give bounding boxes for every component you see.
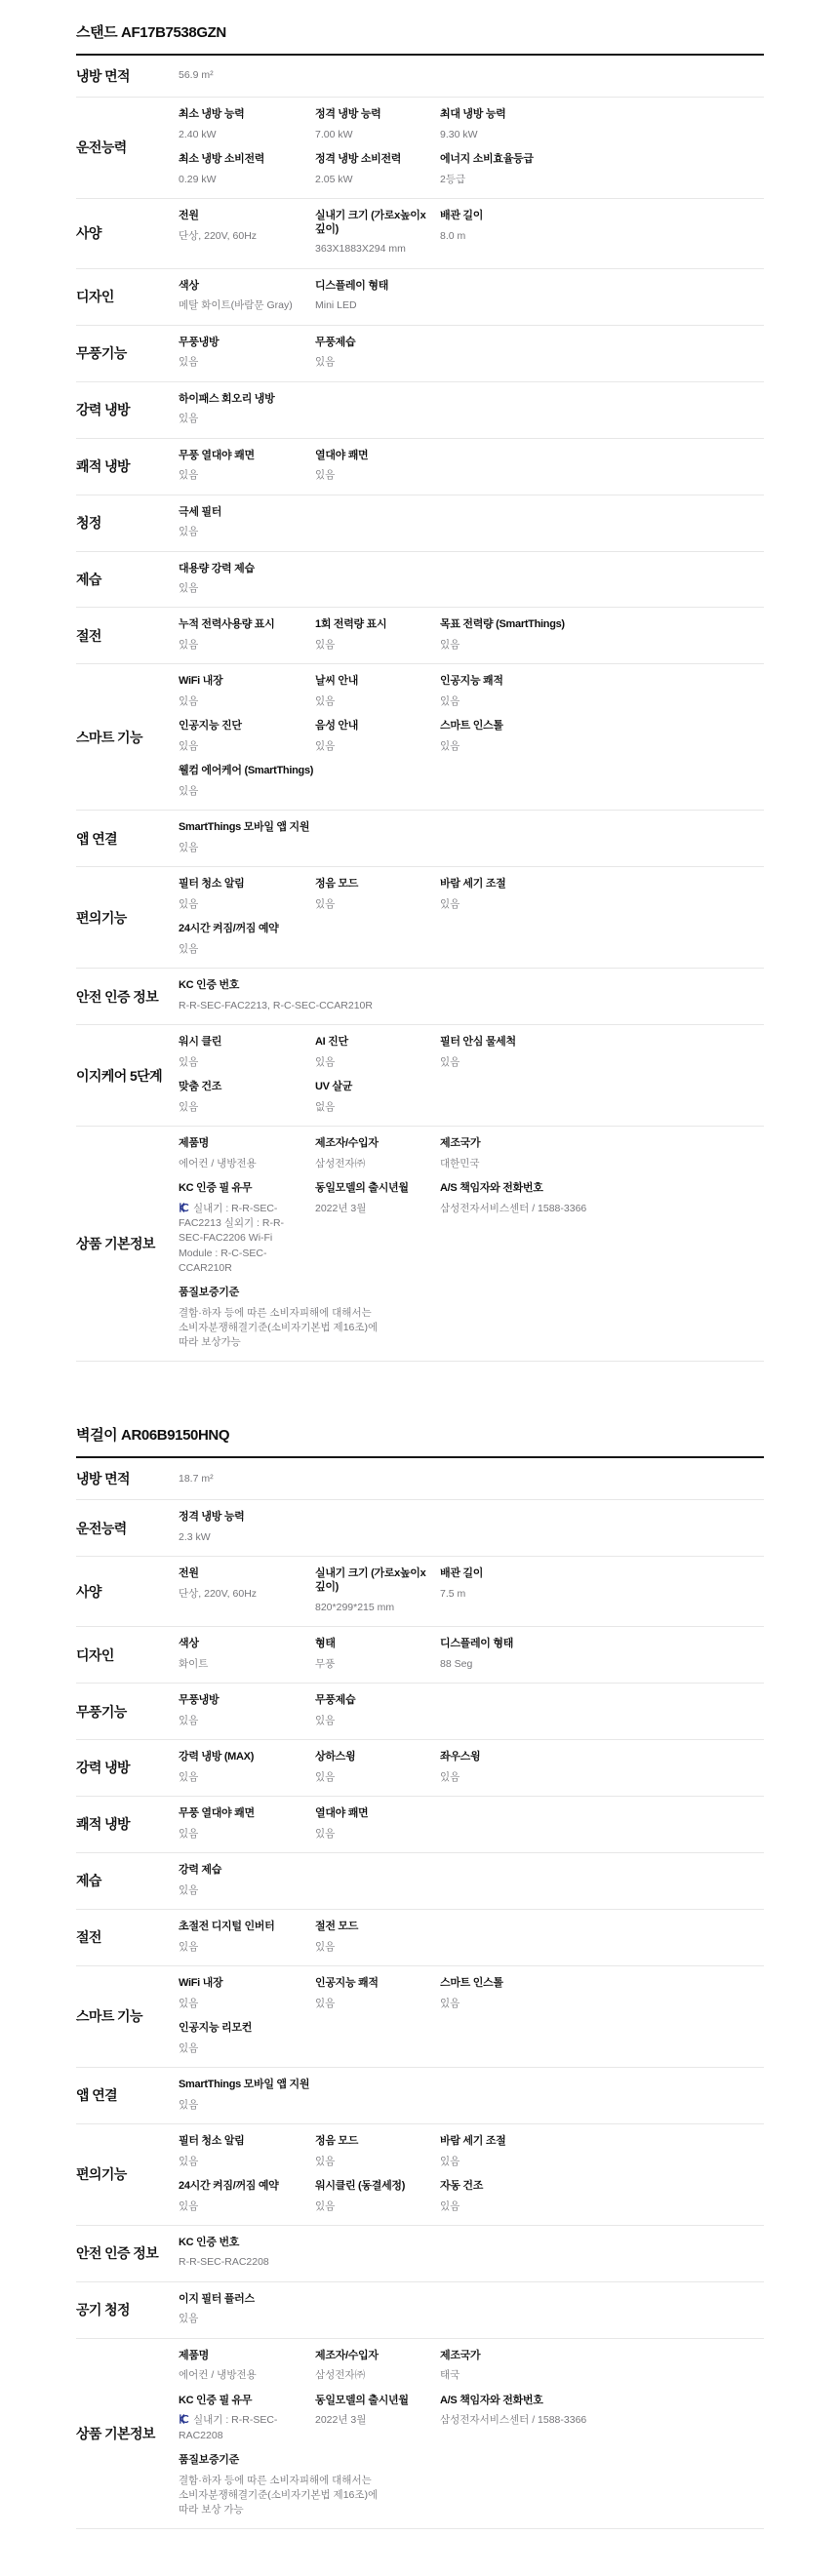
spec-item-value-text: 에어컨 / 냉방전용 bbox=[179, 1158, 257, 1169]
spec-item: SmartThings 모바일 앱 지원있음 bbox=[179, 2079, 764, 2113]
spec-item-value: 있음 bbox=[179, 355, 301, 370]
spec-item-name: 누적 전력사용량 표시 bbox=[179, 618, 301, 632]
spec-item-name: 실내기 크기 (가로x높이x깊이) bbox=[315, 1567, 426, 1595]
spec-section-label: 디자인 bbox=[76, 287, 179, 306]
spec-section-label: 사양 bbox=[76, 1582, 179, 1602]
spec-section-label: 운전능력 bbox=[76, 1519, 179, 1538]
spec-section: 스마트 기능WiFi 내장있음날씨 안내있음인공지능 쾌적있음인공지능 진단있음… bbox=[76, 664, 764, 811]
spec-item-name: 인공지능 진단 bbox=[179, 720, 301, 733]
spec-section-label: 편의기능 bbox=[76, 2164, 179, 2184]
spec-item: 정격 냉방 능력7.00 kW bbox=[315, 108, 440, 142]
spec-section-label: 제습 bbox=[76, 570, 179, 589]
spec-item-value-text: 있음 bbox=[315, 639, 335, 651]
spec-section-body: 색상화이트형태무풍디스플레이 형태88 Seg bbox=[179, 1638, 764, 1672]
spec-item-name: 디스플레이 형태 bbox=[440, 1638, 750, 1651]
spec-item-name: 품질보증기준 bbox=[179, 2454, 750, 2468]
spec-item-value: 결함·하자 등에 따른 소비자피해에 대해서는 소비자분쟁해결기준(소비자기본법… bbox=[179, 1306, 383, 1351]
spec-item-value-text: 2등급 bbox=[440, 174, 465, 185]
spec-item-value: 있음 bbox=[315, 2155, 426, 2169]
spec-row: KC 인증 번호R-R-SEC-FAC2213, R-C-SEC-CCAR210… bbox=[179, 979, 764, 1013]
spec-item-value: 무풍 bbox=[315, 1657, 426, 1672]
spec-item-value-text: 있음 bbox=[440, 1998, 459, 2009]
spec-item-name: SmartThings 모바일 앱 지원 bbox=[179, 2079, 750, 2092]
spec-section: 상품 기본정보제품명에어컨 / 냉방전용제조자/수입자삼성전자㈜제조국가태국KC… bbox=[76, 2339, 764, 2530]
spec-item-value: 있음 bbox=[315, 1770, 426, 1785]
spec-item-name: 극세 필터 bbox=[179, 506, 750, 520]
spec-item: KC 인증 번호R-R-SEC-FAC2213, R-C-SEC-CCAR210… bbox=[179, 979, 764, 1013]
spec-section: 사양전원단상, 220V, 60Hz실내기 크기 (가로x높이x깊이)363X1… bbox=[76, 199, 764, 269]
spec-item-value-text: 있음 bbox=[179, 356, 198, 368]
spec-item-value: 실내기 : R-R-SEC-FAC2213 실외기 : R-R-SEC-FAC2… bbox=[179, 1202, 301, 1276]
spec-item-name: A/S 책임자와 전화번호 bbox=[440, 1182, 750, 1196]
spec-item-value: 있음 bbox=[315, 638, 426, 653]
spec-item-name: AI 진단 bbox=[315, 1036, 426, 1050]
spec-section: 앱 연결SmartThings 모바일 앱 지원있음 bbox=[76, 811, 764, 867]
spec-item-value-text: 있음 bbox=[179, 2156, 198, 2167]
spec-section: 제습강력 제습있음 bbox=[76, 1853, 764, 1910]
spec-row: 품질보증기준결함·하자 등에 따른 소비자피해에 대해서는 소비자분쟁해결기준(… bbox=[179, 1287, 764, 1350]
product-spec-table: 벽걸이 AR06B9150HNQ냉방 면적18.7 m²운전능력정격 냉방 능력… bbox=[76, 1418, 764, 2529]
spec-item-value: 있음 bbox=[179, 412, 383, 426]
spec-item-value-text: 있음 bbox=[179, 943, 198, 955]
spec-item: 무풍 열대야 쾌면있음 bbox=[179, 450, 315, 484]
spec-item-name: 디스플레이 형태 bbox=[315, 280, 426, 294]
spec-section-body: 무풍 열대야 쾌면있음열대야 쾌면있음 bbox=[179, 1807, 764, 1842]
spec-item-name: A/S 책임자와 전화번호 bbox=[440, 2395, 750, 2408]
spec-row: KC 인증 필 유무실내기 : R-R-SEC-FAC2213 실외기 : R-… bbox=[179, 1182, 764, 1276]
spec-section-body: KC 인증 번호R-R-SEC-FAC2213, R-C-SEC-CCAR210… bbox=[179, 979, 764, 1013]
spec-item-value: 있음 bbox=[440, 897, 750, 912]
spec-item-name: 맞춤 건조 bbox=[179, 1081, 301, 1094]
spec-item-value: 363X1883X294 mm bbox=[315, 242, 426, 257]
spec-item-value: R-R-SEC-RAC2208 bbox=[179, 2255, 383, 2270]
spec-item-value: 있음 bbox=[315, 1827, 426, 1842]
spec-item-value: 18.7 m² bbox=[179, 1472, 383, 1486]
spec-item: 색상화이트 bbox=[179, 1638, 315, 1672]
spec-row: 필터 청소 알림있음정음 모드있음바람 세기 조절있음 bbox=[179, 878, 764, 912]
spec-section-label: 운전능력 bbox=[76, 138, 179, 157]
spec-item-value: 있음 bbox=[179, 638, 301, 653]
spec-item-name: 목표 전력량 (SmartThings) bbox=[440, 618, 750, 632]
spec-item: 동일모델의 출시년월2022년 3월 bbox=[315, 1182, 440, 1276]
spec-item: 열대야 쾌면있음 bbox=[315, 450, 440, 484]
spec-section: 앱 연결SmartThings 모바일 앱 지원있음 bbox=[76, 2068, 764, 2124]
spec-section-body: 무풍냉방있음무풍제습있음 bbox=[179, 1694, 764, 1728]
spec-section-label: 앱 연결 bbox=[76, 829, 179, 849]
spec-item-value: 있음 bbox=[179, 1997, 301, 2011]
spec-item-value-text: 있음 bbox=[179, 1941, 198, 1953]
spec-section-body: 대용량 강력 제습있음 bbox=[179, 563, 764, 597]
spec-row: 웰컴 에어케어 (SmartThings)있음 bbox=[179, 765, 764, 799]
spec-item-name: WiFi 내장 bbox=[179, 675, 301, 689]
spec-section: 강력 냉방강력 냉방 (MAX)있음상하스윙있음좌우스윙있음 bbox=[76, 1740, 764, 1797]
spec-item-name: 최대 냉방 능력 bbox=[440, 108, 750, 122]
spec-row: 전원단상, 220V, 60Hz실내기 크기 (가로x높이x깊이)820*299… bbox=[179, 1567, 764, 1615]
spec-item-value: 삼성전자서비스센터 / 1588-3366 bbox=[440, 1202, 750, 1216]
spec-item: 정음 모드있음 bbox=[315, 878, 440, 912]
spec-item-value: 태국 bbox=[440, 2368, 750, 2383]
spec-section-label: 강력 냉방 bbox=[76, 400, 179, 419]
spec-item-name: 필터 청소 알림 bbox=[179, 878, 301, 892]
spec-item-value-text: Mini LED bbox=[315, 299, 357, 311]
spec-item-value: 없음 bbox=[315, 1100, 426, 1115]
spec-item: 스마트 인스톨있음 bbox=[440, 1977, 764, 2011]
spec-item: SmartThings 모바일 앱 지원있음 bbox=[179, 821, 764, 855]
spec-item-name: 제품명 bbox=[179, 2350, 301, 2363]
spec-item: 스마트 인스톨있음 bbox=[440, 720, 764, 754]
spec-item-value: 8.0 m bbox=[440, 229, 750, 244]
spec-item-name: 인공지능 리모컨 bbox=[179, 2022, 750, 2036]
spec-item-value: 있음 bbox=[440, 2155, 750, 2169]
spec-item: 인공지능 리모컨있음 bbox=[179, 2022, 764, 2056]
spec-item-name: 무풍 열대야 쾌면 bbox=[179, 450, 301, 463]
spec-item-value-text: 있음 bbox=[440, 1771, 459, 1783]
spec-item-name: 최소 냉방 능력 bbox=[179, 108, 301, 122]
spec-item-name: 열대야 쾌면 bbox=[315, 450, 426, 463]
spec-item-value-text: 9.30 kW bbox=[440, 129, 478, 140]
spec-item-value-text: 있음 bbox=[440, 695, 459, 707]
spec-item: 워시클린 (동결세정)있음 bbox=[315, 2180, 440, 2214]
spec-item: 전원단상, 220V, 60Hz bbox=[179, 1567, 315, 1615]
spec-section: 무풍기능무풍냉방있음무풍제습있음 bbox=[76, 326, 764, 382]
spec-row: 하이패스 회오리 냉방있음 bbox=[179, 393, 764, 427]
spec-item: 워시 클린있음 bbox=[179, 1036, 315, 1070]
spec-item-value: 있음 bbox=[440, 1055, 750, 1070]
spec-item-value-text: 있음 bbox=[440, 2156, 459, 2167]
spec-item: 품질보증기준결함·하자 등에 따른 소비자피해에 대해서는 소비자분쟁해결기준(… bbox=[179, 2454, 764, 2517]
spec-item-value-text: 단상, 220V, 60Hz bbox=[179, 230, 257, 242]
spec-item-name: 동일모델의 출시년월 bbox=[315, 2395, 426, 2408]
spec-item-name: KC 인증 필 유무 bbox=[179, 2395, 301, 2408]
spec-item-value: 있음 bbox=[179, 841, 383, 855]
spec-item-value-text: 실내기 : R-R-SEC-FAC2213 실외기 : R-R-SEC-FAC2… bbox=[179, 1203, 284, 1274]
spec-section-label: 안전 인증 정보 bbox=[76, 2243, 179, 2263]
spec-item: 디스플레이 형태88 Seg bbox=[440, 1638, 764, 1672]
spec-item-value: 있음 bbox=[179, 1940, 301, 1955]
spec-item-name: 좌우스윙 bbox=[440, 1751, 750, 1764]
spec-item: 음성 안내있음 bbox=[315, 720, 440, 754]
spec-item-name: 초절전 디지털 인버터 bbox=[179, 1921, 301, 1934]
spec-item-value: 에어컨 / 냉방전용 bbox=[179, 1157, 301, 1171]
spec-section: 공기 청정이지 필터 플러스있음 bbox=[76, 2282, 764, 2339]
spec-section-body: WiFi 내장있음날씨 안내있음인공지능 쾌적있음인공지능 진단있음음성 안내있… bbox=[179, 675, 764, 799]
spec-item-value: 있음 bbox=[315, 1997, 426, 2011]
spec-item-value-text: 있음 bbox=[315, 695, 335, 707]
spec-item-value: 있음 bbox=[315, 694, 426, 709]
spec-item-value: 실내기 : R-R-SEC-RAC2208 bbox=[179, 2413, 301, 2442]
spec-row: 24시간 켜짐/꺼짐 예약있음 bbox=[179, 923, 764, 957]
spec-item: 무풍 열대야 쾌면있음 bbox=[179, 1807, 315, 1842]
spec-item: 제품명에어컨 / 냉방전용 bbox=[179, 2350, 315, 2384]
spec-item-value-text: 7.00 kW bbox=[315, 129, 353, 140]
spec-section-body: 색상메탈 화이트(바람문 Gray)디스플레이 형태Mini LED bbox=[179, 280, 764, 314]
spec-section-label: 냉방 면적 bbox=[76, 66, 179, 86]
spec-item-value-text: 있음 bbox=[179, 413, 198, 424]
spec-item: 목표 전력량 (SmartThings)있음 bbox=[440, 618, 764, 653]
spec-item-value: 있음 bbox=[179, 784, 383, 799]
spec-section-body: 정격 냉방 능력2.3 kW bbox=[179, 1511, 764, 1545]
spec-item-value: 88 Seg bbox=[440, 1657, 750, 1672]
spec-item: 디스플레이 형태Mini LED bbox=[315, 280, 440, 314]
spec-item-name: 이지 필터 플러스 bbox=[179, 2293, 750, 2307]
spec-item-name: 24시간 켜짐/꺼짐 예약 bbox=[179, 923, 750, 936]
spec-item-value-text: 18.7 m² bbox=[179, 1473, 214, 1485]
spec-item-value: 7.00 kW bbox=[315, 128, 426, 142]
spec-item-value: 메탈 화이트(바람문 Gray) bbox=[179, 298, 301, 313]
spec-item-name: 정음 모드 bbox=[315, 2135, 426, 2149]
spec-item-value-text: 0.29 kW bbox=[179, 174, 217, 185]
spec-item: 정격 냉방 소비전력2.05 kW bbox=[315, 153, 440, 187]
spec-item-value-text: 88 Seg bbox=[440, 1658, 472, 1670]
spec-item-name: 인공지능 쾌적 bbox=[315, 1977, 426, 1991]
spec-item-name: 하이패스 회오리 냉방 bbox=[179, 393, 750, 407]
spec-item-value: 있음 bbox=[315, 897, 426, 912]
spec-section-label: 편의기능 bbox=[76, 908, 179, 928]
spec-item-value-text: 있음 bbox=[440, 1056, 459, 1068]
spec-item-name: 무풍 열대야 쾌면 bbox=[179, 1807, 301, 1821]
spec-section: 쾌적 냉방무풍 열대야 쾌면있음열대야 쾌면있음 bbox=[76, 439, 764, 495]
spec-item-name: 정격 냉방 능력 bbox=[315, 108, 426, 122]
spec-item: 인공지능 쾌적있음 bbox=[440, 675, 764, 709]
spec-row: 정격 냉방 능력2.3 kW bbox=[179, 1511, 764, 1545]
spec-item-name: 강력 냉방 (MAX) bbox=[179, 1751, 301, 1764]
spec-row: 극세 필터있음 bbox=[179, 506, 764, 540]
spec-row: 무풍 열대야 쾌면있음열대야 쾌면있음 bbox=[179, 1807, 764, 1842]
spec-item: A/S 책임자와 전화번호삼성전자서비스센터 / 1588-3366 bbox=[440, 1182, 764, 1276]
spec-item-value-text: 있음 bbox=[179, 898, 198, 910]
spec-item-name: 동일모델의 출시년월 bbox=[315, 1182, 426, 1196]
spec-section-label: 절전 bbox=[76, 1927, 179, 1947]
spec-item-name: 제조자/수입자 bbox=[315, 1137, 426, 1151]
spec-section: 스마트 기능WiFi 내장있음인공지능 쾌적있음스마트 인스톨있음인공지능 리모… bbox=[76, 1966, 764, 2068]
spec-item-name: 제품명 bbox=[179, 1137, 301, 1151]
spec-section-label: 공기 청정 bbox=[76, 2300, 179, 2319]
spec-item: 에너지 소비효율등급2등급 bbox=[440, 153, 764, 187]
spec-item: 자동 건조있음 bbox=[440, 2180, 764, 2214]
spec-row: 맞춤 건조있음UV 살균없음 bbox=[179, 1081, 764, 1115]
spec-item-name: 바람 세기 조절 bbox=[440, 878, 750, 892]
spec-item-value-text: 있음 bbox=[179, 582, 198, 594]
spec-item-value: 있음 bbox=[179, 1100, 301, 1115]
spec-section: 디자인색상화이트형태무풍디스플레이 형태88 Seg bbox=[76, 1627, 764, 1684]
spec-item-value-text: 56.9 m² bbox=[179, 69, 214, 81]
spec-row: KC 인증 번호R-R-SEC-RAC2208 bbox=[179, 2237, 764, 2271]
spec-row: 누적 전력사용량 표시있음1회 전력량 표시있음목표 전력량 (SmartThi… bbox=[179, 618, 764, 653]
spec-item: 무풍제습있음 bbox=[315, 1694, 440, 1728]
spec-item: 극세 필터있음 bbox=[179, 506, 764, 540]
spec-item-value-text: 있음 bbox=[179, 2200, 198, 2212]
spec-section-label: 상품 기본정보 bbox=[76, 1234, 179, 1253]
spec-item-value-text: 메탈 화이트(바람문 Gray) bbox=[179, 299, 293, 311]
spec-item-value-text: 에어컨 / 냉방전용 bbox=[179, 2369, 257, 2381]
spec-item-value-text: R-R-SEC-RAC2208 bbox=[179, 2256, 269, 2268]
spec-item: KC 인증 번호R-R-SEC-RAC2208 bbox=[179, 2237, 764, 2271]
spec-item-value-text: 있음 bbox=[315, 469, 335, 481]
spec-item-value: 2022년 3월 bbox=[315, 2413, 426, 2428]
spec-row: 무풍 열대야 쾌면있음열대야 쾌면있음 bbox=[179, 450, 764, 484]
spec-section-body: SmartThings 모바일 앱 지원있음 bbox=[179, 2079, 764, 2113]
product-spec-table: 스탠드 AF17B7538GZN냉방 면적56.9 m²운전능력최소 냉방 능력… bbox=[76, 16, 764, 1362]
spec-item-value-text: 삼성전자서비스센터 / 1588-3366 bbox=[440, 1203, 586, 1214]
spec-item-value-text: 화이트 bbox=[179, 1658, 208, 1670]
spec-section: 사양전원단상, 220V, 60Hz실내기 크기 (가로x높이x깊이)820*2… bbox=[76, 1557, 764, 1627]
spec-item-value: 있음 bbox=[315, 1714, 426, 1728]
spec-section: 안전 인증 정보KC 인증 번호R-R-SEC-RAC2208 bbox=[76, 2226, 764, 2282]
spec-section-body: 누적 전력사용량 표시있음1회 전력량 표시있음목표 전력량 (SmartThi… bbox=[179, 618, 764, 653]
spec-row: 색상화이트형태무풍디스플레이 형태88 Seg bbox=[179, 1638, 764, 1672]
spec-item-value: 있음 bbox=[315, 1940, 426, 1955]
spec-item: 제조자/수입자삼성전자㈜ bbox=[315, 1137, 440, 1171]
spec-item-value: 삼성전자서비스센터 / 1588-3366 bbox=[440, 2413, 750, 2428]
spec-item-value: 820*299*215 mm bbox=[315, 1601, 426, 1615]
spec-item-value: 있음 bbox=[179, 2098, 383, 2113]
spec-section-label: 강력 냉방 bbox=[76, 1758, 179, 1777]
spec-section-label: 스마트 기능 bbox=[76, 2006, 179, 2026]
spec-item-value-text: 7.5 m bbox=[440, 1588, 465, 1600]
spec-section-body: 무풍 열대야 쾌면있음열대야 쾌면있음 bbox=[179, 450, 764, 484]
spec-section-body: 강력 제습있음 bbox=[179, 1864, 764, 1898]
spec-item-name: UV 살균 bbox=[315, 1081, 426, 1094]
spec-item: 상하스윙있음 bbox=[315, 1751, 440, 1785]
spec-item: AI 진단있음 bbox=[315, 1036, 440, 1070]
spec-row: 제품명에어컨 / 냉방전용제조자/수입자삼성전자㈜제조국가대한민국 bbox=[179, 1137, 764, 1171]
spec-item: WiFi 내장있음 bbox=[179, 675, 315, 709]
spec-section-body: 필터 청소 알림있음정음 모드있음바람 세기 조절있음24시간 켜짐/꺼짐 예약… bbox=[179, 2135, 764, 2214]
spec-section-label: 안전 인증 정보 bbox=[76, 987, 179, 1007]
spec-item: UV 살균없음 bbox=[315, 1081, 440, 1115]
spec-item-name: 전원 bbox=[179, 1567, 301, 1581]
spec-item: 대용량 강력 제습있음 bbox=[179, 563, 764, 597]
spec-item: 실내기 크기 (가로x높이x깊이)820*299*215 mm bbox=[315, 1567, 440, 1615]
spec-row: WiFi 내장있음인공지능 쾌적있음스마트 인스톨있음 bbox=[179, 1977, 764, 2011]
spec-row: 워시 클린있음AI 진단있음필터 안심 물세척있음 bbox=[179, 1036, 764, 1070]
spec-item-name: KC 인증 필 유무 bbox=[179, 1182, 301, 1196]
spec-item-value: 삼성전자㈜ bbox=[315, 1157, 426, 1171]
spec-item-name: 웰컴 에어케어 (SmartThings) bbox=[179, 765, 750, 778]
spec-row: WiFi 내장있음날씨 안내있음인공지능 쾌적있음 bbox=[179, 675, 764, 709]
spec-item-name: 품질보증기준 bbox=[179, 1287, 750, 1300]
spec-item-value-text: 있음 bbox=[440, 898, 459, 910]
spec-section-body: 전원단상, 220V, 60Hz실내기 크기 (가로x높이x깊이)820*299… bbox=[179, 1567, 764, 1615]
spec-section-label: 쾌적 냉방 bbox=[76, 456, 179, 476]
spec-row: SmartThings 모바일 앱 지원있음 bbox=[179, 2079, 764, 2113]
spec-item-value: 있음 bbox=[440, 1997, 750, 2011]
spec-item-name: 대용량 강력 제습 bbox=[179, 563, 750, 576]
spec-item-value: 에어컨 / 냉방전용 bbox=[179, 2368, 301, 2383]
spec-item: 최대 냉방 능력9.30 kW bbox=[440, 108, 764, 142]
spec-section: 이지케어 5단계워시 클린있음AI 진단있음필터 안심 물세척있음맞춤 건조있음… bbox=[76, 1025, 764, 1127]
spec-item: 실내기 크기 (가로x높이x깊이)363X1883X294 mm bbox=[315, 210, 440, 258]
spec-item: 초절전 디지털 인버터있음 bbox=[179, 1921, 315, 1955]
spec-row: 무풍냉방있음무풍제습있음 bbox=[179, 1694, 764, 1728]
spec-item-value-text: 있음 bbox=[179, 1771, 198, 1783]
spec-item: 동일모델의 출시년월2022년 3월 bbox=[315, 2395, 440, 2443]
spec-item-value-text: 있음 bbox=[440, 639, 459, 651]
spec-item-value: 있음 bbox=[440, 2200, 750, 2214]
spec-item: 배관 길이8.0 m bbox=[440, 210, 764, 258]
spec-item-value: 있음 bbox=[440, 739, 750, 754]
spec-item-value-text: 있음 bbox=[440, 2200, 459, 2212]
spec-section-body: 하이패스 회오리 냉방있음 bbox=[179, 393, 764, 427]
spec-section-label: 제습 bbox=[76, 1871, 179, 1890]
spec-item-value-text: 있음 bbox=[179, 2313, 198, 2324]
spec-section: 편의기능필터 청소 알림있음정음 모드있음바람 세기 조절있음24시간 켜짐/꺼… bbox=[76, 867, 764, 969]
spec-section-label: 사양 bbox=[76, 223, 179, 243]
spec-item-value-text: 있음 bbox=[179, 2042, 198, 2054]
spec-item: 전원단상, 220V, 60Hz bbox=[179, 210, 315, 258]
spec-item-name: 필터 청소 알림 bbox=[179, 2135, 301, 2149]
spec-section-body: 워시 클린있음AI 진단있음필터 안심 물세척있음맞춤 건조있음UV 살균없음 bbox=[179, 1036, 764, 1115]
spec-section-label: 쾌적 냉방 bbox=[76, 1814, 179, 1834]
spec-item-value: 단상, 220V, 60Hz bbox=[179, 229, 301, 244]
spec-item-name: 정격 냉방 소비전력 bbox=[315, 153, 426, 167]
spec-item-value-text: 없음 bbox=[315, 1101, 335, 1113]
spec-item-value: 있음 bbox=[179, 2312, 383, 2326]
spec-item-value: 있음 bbox=[179, 468, 301, 483]
spec-item-value-text: 있음 bbox=[315, 1771, 335, 1783]
spec-row: 강력 제습있음 bbox=[179, 1864, 764, 1898]
product-spec-page: 스탠드 AF17B7538GZN냉방 면적56.9 m²운전능력최소 냉방 능력… bbox=[0, 0, 839, 2576]
spec-item-value-text: 있음 bbox=[440, 740, 459, 752]
spec-item-value: 2.05 kW bbox=[315, 173, 426, 187]
spec-item: 인공지능 진단있음 bbox=[179, 720, 315, 754]
spec-item-value: 있음 bbox=[179, 1714, 301, 1728]
spec-item-name: 바람 세기 조절 bbox=[440, 2135, 750, 2149]
spec-item-value-text: 2.40 kW bbox=[179, 129, 217, 140]
spec-section: 냉방 면적18.7 m² bbox=[76, 1458, 764, 1500]
spec-item-value-text: 있음 bbox=[179, 2099, 198, 2111]
spec-item-value: 0.29 kW bbox=[179, 173, 301, 187]
spec-section: 디자인색상메탈 화이트(바람문 Gray)디스플레이 형태Mini LED bbox=[76, 269, 764, 326]
spec-item-name: WiFi 내장 bbox=[179, 1977, 301, 1991]
spec-item-value-text: 있음 bbox=[315, 356, 335, 368]
spec-item: 이지 필터 플러스있음 bbox=[179, 2293, 764, 2327]
spec-section-body: 최소 냉방 능력2.40 kW정격 냉방 능력7.00 kW최대 냉방 능력9.… bbox=[179, 108, 764, 187]
spec-item-name: 열대야 쾌면 bbox=[315, 1807, 426, 1821]
spec-section-body: KC 인증 번호R-R-SEC-RAC2208 bbox=[179, 2237, 764, 2271]
spec-item-name: 1회 전력량 표시 bbox=[315, 618, 426, 632]
spec-section: 쾌적 냉방무풍 열대야 쾌면있음열대야 쾌면있음 bbox=[76, 1797, 764, 1853]
spec-row: 무풍냉방있음무풍제습있음 bbox=[179, 337, 764, 371]
spec-item-name: 음성 안내 bbox=[315, 720, 426, 733]
spec-item: 누적 전력사용량 표시있음 bbox=[179, 618, 315, 653]
spec-item: 무풍제습있음 bbox=[315, 337, 440, 371]
spec-section-body: 강력 냉방 (MAX)있음상하스윙있음좌우스윙있음 bbox=[179, 1751, 764, 1785]
spec-section-body: 제품명에어컨 / 냉방전용제조자/수입자삼성전자㈜제조국가태국KC 인증 필 유… bbox=[179, 2350, 764, 2518]
spec-item-name: SmartThings 모바일 앱 지원 bbox=[179, 821, 750, 835]
spec-item-value: 있음 bbox=[179, 581, 383, 596]
spec-row: 최소 냉방 소비전력0.29 kW정격 냉방 소비전력2.05 kW에너지 소비… bbox=[179, 153, 764, 187]
spec-item-value: 7.5 m bbox=[440, 1587, 750, 1602]
spec-item-value: 있음 bbox=[179, 1770, 301, 1785]
spec-item-value-text: 있음 bbox=[179, 1101, 198, 1113]
spec-section-body: 18.7 m² bbox=[179, 1472, 764, 1486]
spec-section: 편의기능필터 청소 알림있음정음 모드있음바람 세기 조절있음24시간 켜짐/꺼… bbox=[76, 2124, 764, 2226]
spec-item-value-text: 있음 bbox=[179, 1056, 198, 1068]
spec-item-name: 색상 bbox=[179, 1638, 301, 1651]
spec-item-name: 형태 bbox=[315, 1638, 426, 1651]
spec-item-value: 단상, 220V, 60Hz bbox=[179, 1587, 301, 1602]
spec-item-value-text: 있음 bbox=[315, 1056, 335, 1068]
spec-item: 제조국가태국 bbox=[440, 2350, 764, 2384]
spec-item-value: 있음 bbox=[179, 2041, 383, 2056]
spec-item: 절전 모드있음 bbox=[315, 1921, 440, 1955]
spec-item: 배관 길이7.5 m bbox=[440, 1567, 764, 1615]
spec-item-value-text: 있음 bbox=[315, 898, 335, 910]
spec-item-value-text: R-R-SEC-FAC2213, R-C-SEC-CCAR210R bbox=[179, 1000, 373, 1011]
spec-item-value: 2022년 3월 bbox=[315, 1202, 426, 1216]
spec-row: 초절전 디지털 인버터있음절전 모드있음 bbox=[179, 1921, 764, 1955]
